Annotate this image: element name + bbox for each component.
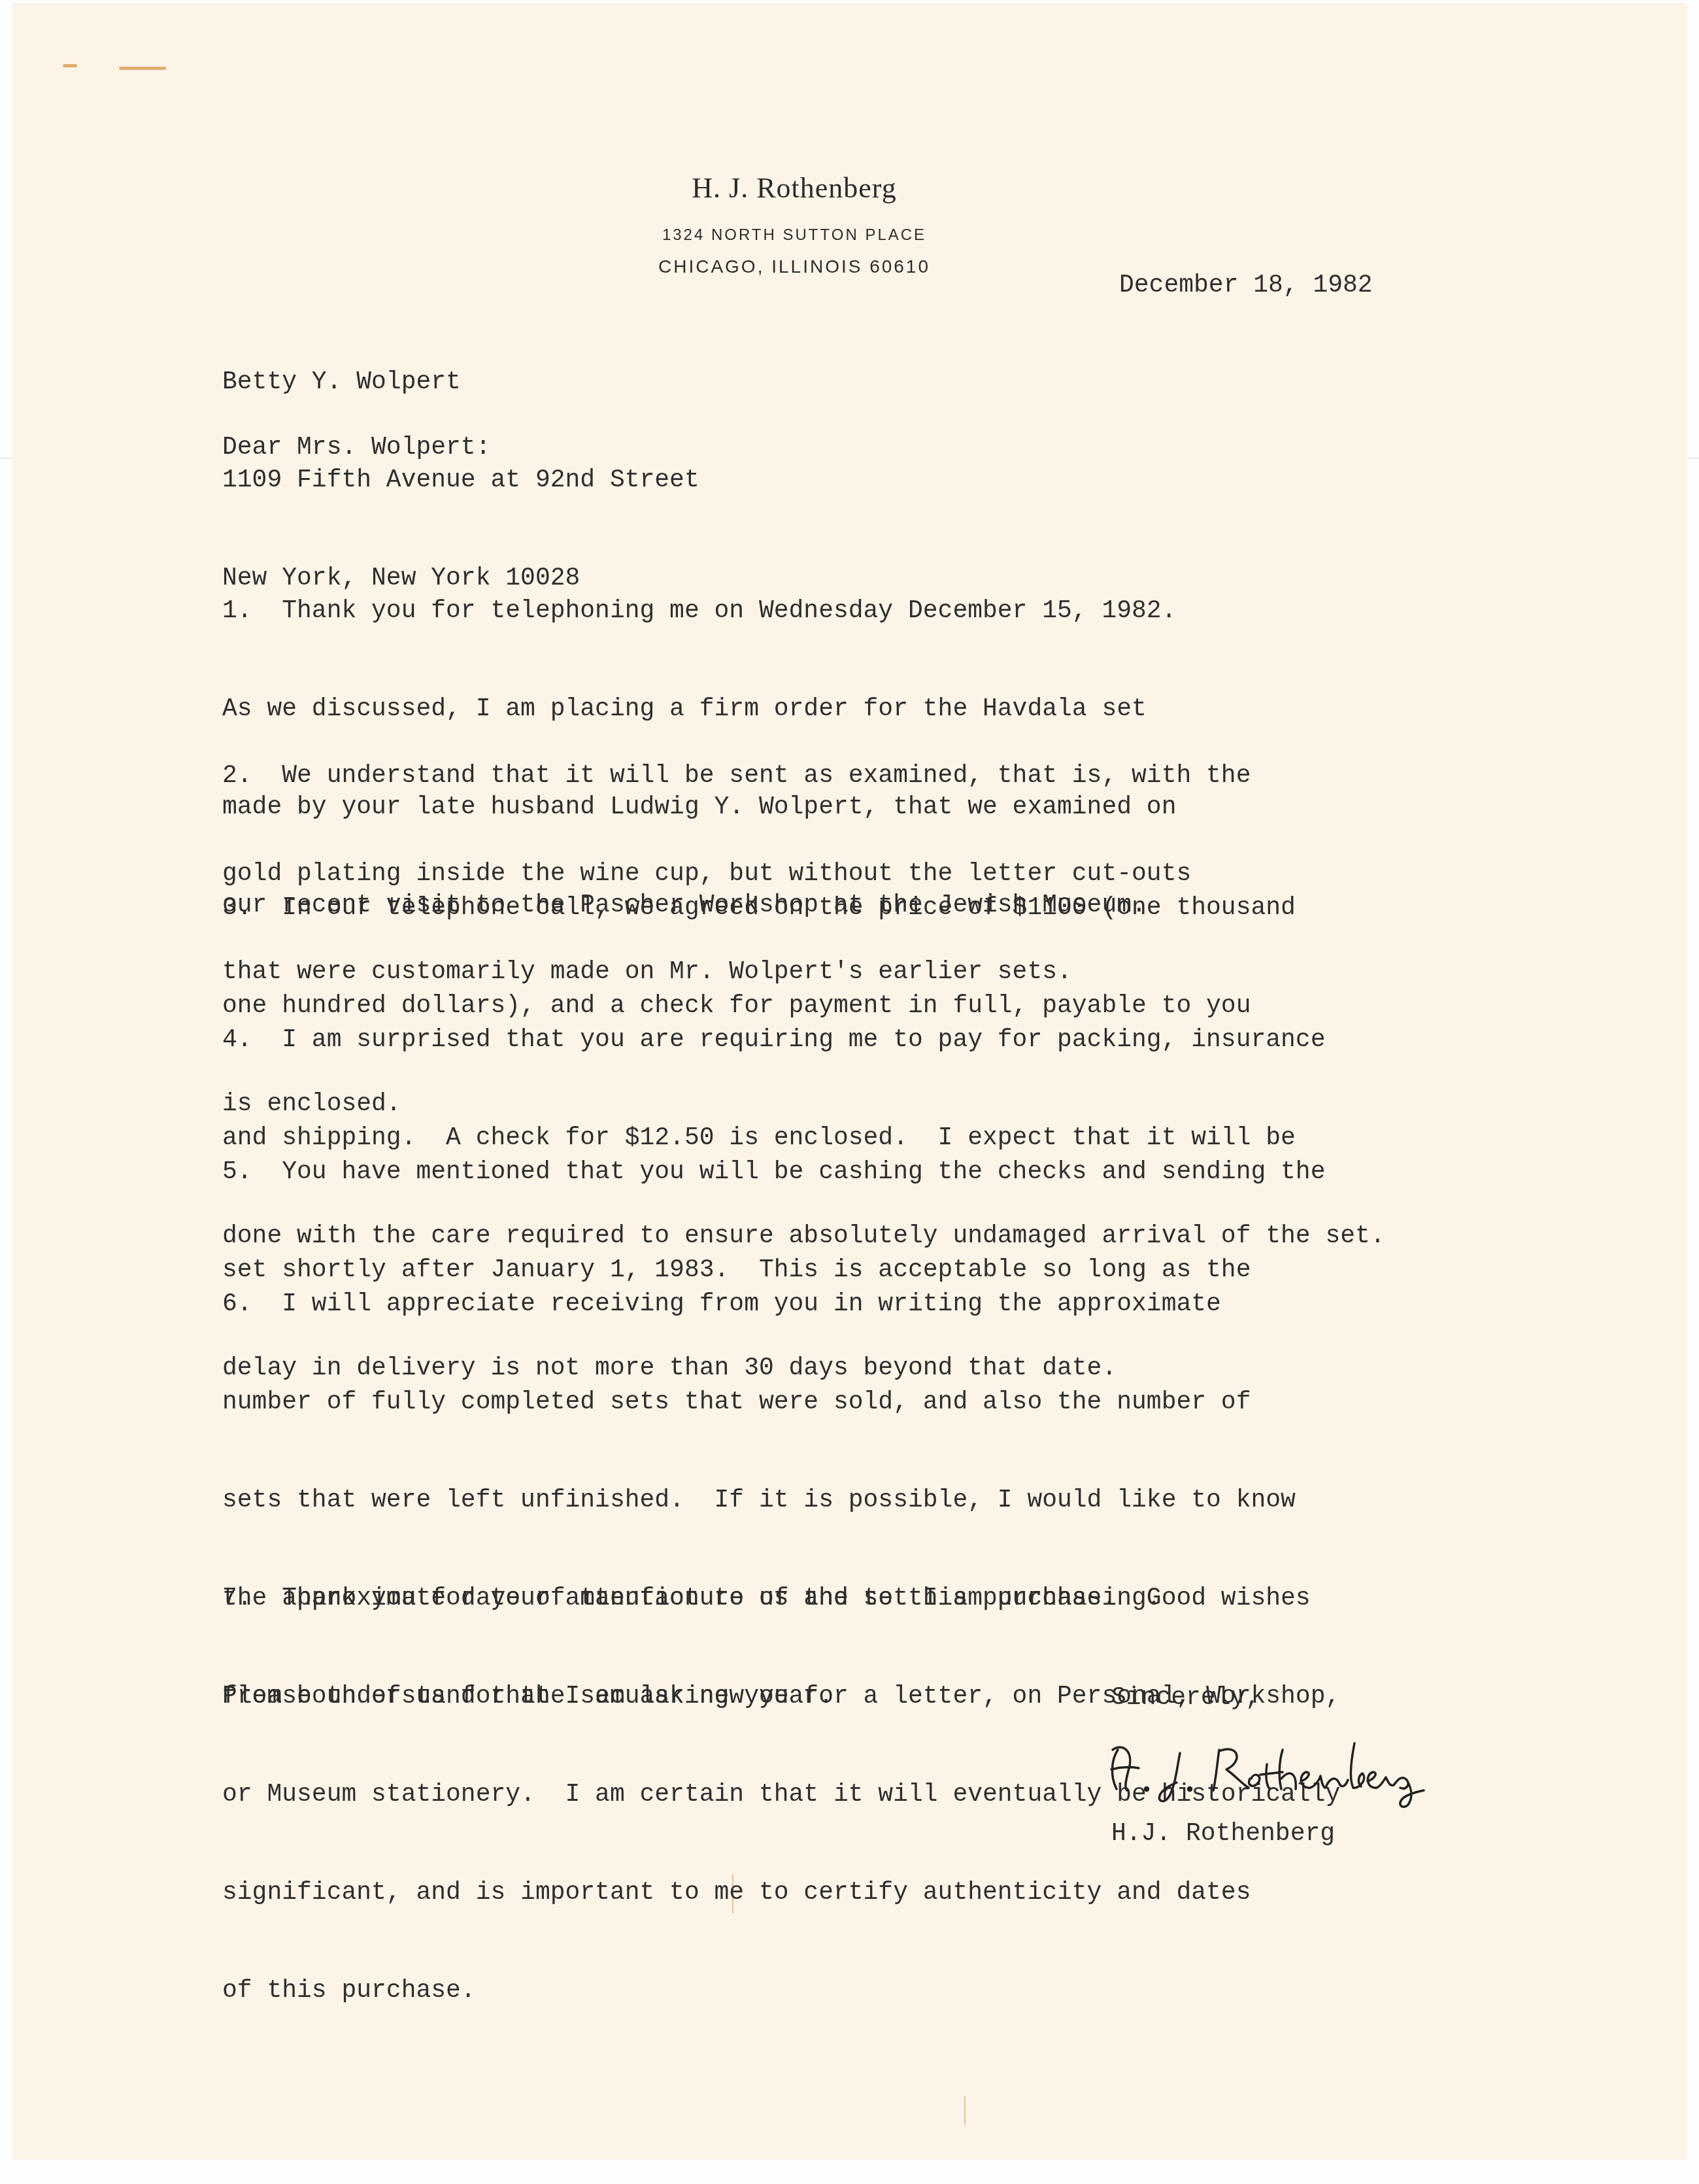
letterhead-name: H. J. Rothenberg bbox=[0, 171, 1589, 205]
recipient-name: Betty Y. Wolpert bbox=[222, 366, 699, 399]
paragraph-line: number of fully completed sets that were… bbox=[222, 1386, 1340, 1419]
recipient-street: 1109 Fifth Avenue at 92nd Street bbox=[222, 464, 699, 497]
paragraph-line: 4. I am surprised that you are requiring… bbox=[222, 1024, 1385, 1057]
paragraph-line: 5. You have mentioned that you will be c… bbox=[222, 1156, 1325, 1189]
paragraph-line: 2. We understand that it will be sent as… bbox=[222, 760, 1251, 793]
paragraph-line: 1. Thank you for telephoning me on Wedne… bbox=[222, 595, 1176, 628]
rust-stain bbox=[63, 64, 77, 67]
paragraph-line: significant, and is important to me to c… bbox=[222, 1877, 1340, 1909]
rust-stain bbox=[119, 67, 166, 70]
paragraph-line: sets that were left unfinished. If it is… bbox=[222, 1484, 1340, 1517]
handwritten-signature bbox=[1098, 1724, 1464, 1809]
salutation: Dear Mrs. Wolpert: bbox=[222, 432, 490, 464]
letterhead-street: 1324 NORTH SUTTON PLACE bbox=[0, 226, 1589, 245]
paragraph-line: of this purchase. bbox=[222, 1975, 1340, 2007]
paragraph-line: 6. I will appreciate receiving from you … bbox=[222, 1288, 1340, 1321]
letter-date: December 18, 1982 bbox=[1119, 269, 1373, 302]
closing: Sincerely, bbox=[1111, 1682, 1260, 1715]
paragraph-line: 7. Thank you for your attention to us an… bbox=[222, 1582, 1311, 1615]
scan-edge-right bbox=[1688, 458, 1699, 458]
scan-edge-left bbox=[0, 458, 12, 458]
typed-signature-name: H.J. Rothenberg bbox=[1111, 1818, 1335, 1851]
paragraph-line: 3. In our telephone call, we agreed on t… bbox=[222, 892, 1296, 925]
paper-mark bbox=[964, 2096, 966, 2125]
